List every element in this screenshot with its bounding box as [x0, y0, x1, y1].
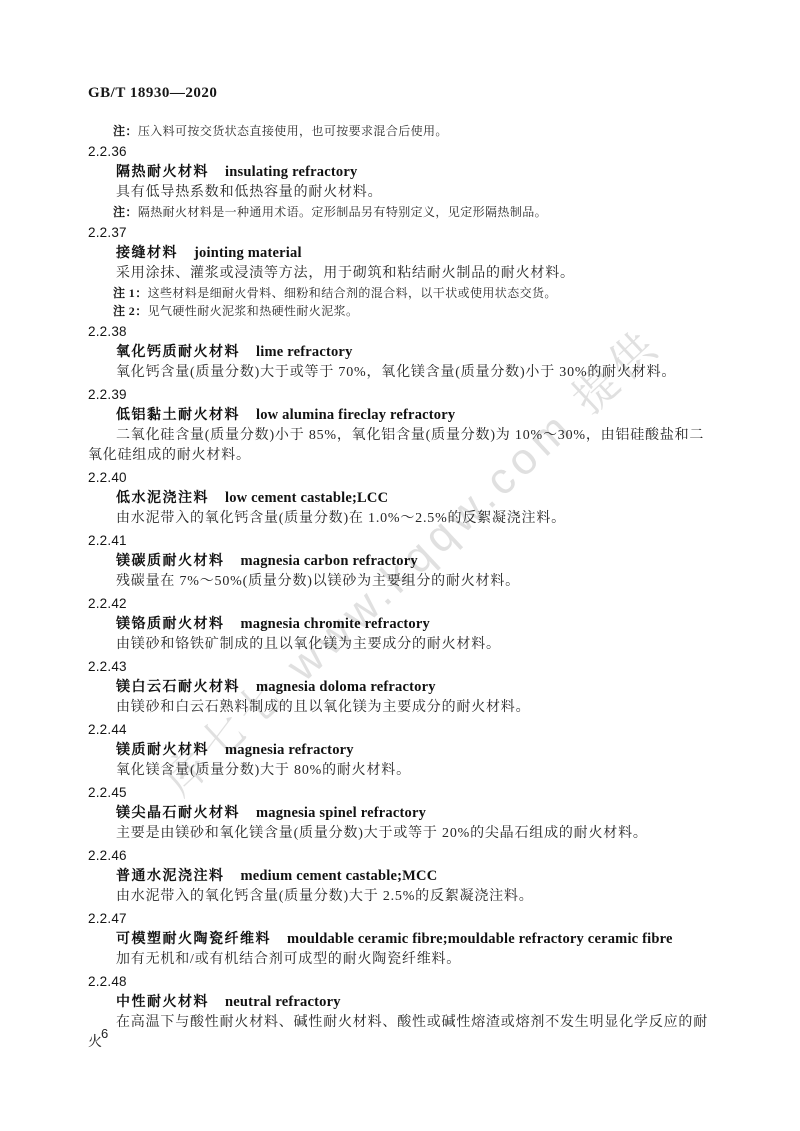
- note-label: 注：: [113, 124, 138, 138]
- term-line: 低水泥浇注料low cement castable;LCC: [88, 487, 714, 509]
- term-chinese: 镁质耐火材料: [116, 741, 209, 757]
- entry-note: 注 2：见气硬性耐火泥浆和热硬性耐火泥浆。: [88, 302, 714, 320]
- term-chinese: 镁尖晶石耐火材料: [116, 804, 240, 820]
- term-line: 可模塑耐火陶瓷纤维料mouldable ceramic fibre;moulda…: [88, 928, 714, 950]
- term-chinese: 接缝材料: [116, 244, 178, 260]
- entry-number: 2.2.45: [88, 783, 714, 802]
- term-entry: 2.2.39低铝黏土耐火材料low alumina fireclay refra…: [88, 385, 714, 466]
- definition-text: 氧化镁含量(质量分数)大于 80%的耐火材料。: [88, 761, 714, 781]
- term-chinese: 低铝黏土耐火材料: [116, 406, 240, 422]
- definition-text: 由镁砂和白云石熟料制成的且以氧化镁为主要成分的耐火材料。: [88, 698, 714, 718]
- definition-text: 采用涂抹、灌浆或浸渍等方法，用于砌筑和粘结耐火制品的耐火材料。: [88, 264, 714, 284]
- note-label: 注 2：: [113, 304, 148, 318]
- term-entry: 2.2.37接缝材料jointing material采用涂抹、灌浆或浸渍等方法…: [88, 223, 714, 320]
- note-text: 这些材料是细耐火骨料、细粉和结合剂的混合料，以干状或使用状态交货。: [148, 286, 557, 300]
- term-line: 接缝材料jointing material: [88, 242, 714, 264]
- term-line: 镁碳质耐火材料magnesia carbon refractory: [88, 550, 714, 572]
- term-english: magnesia chromite refractory: [241, 616, 430, 632]
- entry-number: 2.2.41: [88, 531, 714, 550]
- term-english: low cement castable;LCC: [225, 490, 388, 506]
- definition-text: 氧化钙含量(质量分数)大于或等于 70%，氧化镁含量(质量分数)小于 30%的耐…: [88, 363, 714, 383]
- term-chinese: 低水泥浇注料: [116, 489, 209, 505]
- term-entry: 2.2.45镁尖晶石耐火材料magnesia spinel refractory…: [88, 783, 714, 844]
- document-page: 库七七 www.kqqw.com 提供 GB/T 18930—2020 注：压入…: [0, 0, 800, 1131]
- entry-number: 2.2.39: [88, 385, 714, 404]
- term-entry: 2.2.40低水泥浇注料low cement castable;LCC由水泥带入…: [88, 468, 714, 529]
- entry-number: 2.2.46: [88, 846, 714, 865]
- definition-text: 残碳量在 7%～50%(质量分数)以镁砂为主要组分的耐火材料。: [88, 572, 714, 592]
- term-english: lime refractory: [256, 344, 353, 360]
- term-chinese: 普通水泥浇注料: [116, 867, 225, 883]
- term-english: magnesia spinel refractory: [256, 805, 426, 821]
- term-chinese: 中性耐火材料: [116, 993, 209, 1009]
- term-entry: 2.2.38氧化钙质耐火材料lime refractory氧化钙含量(质量分数)…: [88, 322, 714, 383]
- term-entry: 2.2.47可模塑耐火陶瓷纤维料mouldable ceramic fibre;…: [88, 909, 714, 970]
- entry-number: 2.2.44: [88, 720, 714, 739]
- term-line: 镁白云石耐火材料magnesia doloma refractory: [88, 676, 714, 698]
- term-chinese: 可模塑耐火陶瓷纤维料: [116, 930, 271, 946]
- term-line: 隔热耐火材料insulating refractory: [88, 161, 714, 183]
- term-english: magnesia carbon refractory: [241, 553, 418, 569]
- term-entry: 2.2.44镁质耐火材料magnesia refractory氧化镁含量(质量分…: [88, 720, 714, 781]
- term-entry: 2.2.36隔热耐火材料insulating refractory具有低导热系数…: [88, 142, 714, 221]
- term-line: 镁铬质耐火材料magnesia chromite refractory: [88, 613, 714, 635]
- term-entry: 2.2.41镁碳质耐火材料magnesia carbon refractory残…: [88, 531, 714, 592]
- entry-number: 2.2.43: [88, 657, 714, 676]
- entry-note: 注：隔热耐火材料是一种通用术语。定形制品另有特别定义，见定形隔热制品。: [88, 203, 714, 221]
- intro-note: 注：压入料可按交货状态直接使用，也可按要求混合后使用。: [88, 122, 714, 140]
- entry-number: 2.2.48: [88, 972, 714, 991]
- term-english: low alumina fireclay refractory: [256, 407, 455, 423]
- note-text: 见气硬性耐火泥浆和热硬性耐火泥浆。: [148, 304, 359, 318]
- term-english: neutral refractory: [225, 994, 341, 1010]
- term-entry: 2.2.43镁白云石耐火材料magnesia doloma refractory…: [88, 657, 714, 718]
- term-chinese: 氧化钙质耐火材料: [116, 343, 240, 359]
- entry-number: 2.2.42: [88, 594, 714, 613]
- definition-text: 二氧化硅含量(质量分数)小于 85%，氧化铝含量(质量分数)为 10%～30%，…: [88, 426, 714, 466]
- entry-number: 2.2.40: [88, 468, 714, 487]
- definition-text: 由水泥带入的氧化钙含量(质量分数)大于 2.5%的反絮凝浇注料。: [88, 887, 714, 907]
- entry-number: 2.2.47: [88, 909, 714, 928]
- entry-note: 注 1：这些材料是细耐火骨料、细粉和结合剂的混合料，以干状或使用状态交货。: [88, 284, 714, 302]
- term-english: insulating refractory: [225, 164, 357, 180]
- term-line: 镁尖晶石耐火材料magnesia spinel refractory: [88, 802, 714, 824]
- entry-number: 2.2.37: [88, 223, 714, 242]
- term-line: 中性耐火材料neutral refractory: [88, 991, 714, 1013]
- definition-text: 主要是由镁砂和氧化镁含量(质量分数)大于或等于 20%的尖晶石组成的耐火材料。: [88, 824, 714, 844]
- note-text: 隔热耐火材料是一种通用术语。定形制品另有特别定义，见定形隔热制品。: [138, 205, 547, 219]
- definition-text: 具有低导热系数和低热容量的耐火材料。: [88, 183, 714, 203]
- term-line: 氧化钙质耐火材料lime refractory: [88, 341, 714, 363]
- note-label: 注 1：: [113, 286, 148, 300]
- entry-number: 2.2.38: [88, 322, 714, 341]
- standard-number-header: GB/T 18930—2020: [88, 84, 714, 102]
- page-number: 6: [101, 1026, 108, 1041]
- term-entry: 2.2.42镁铬质耐火材料magnesia chromite refractor…: [88, 594, 714, 655]
- term-english: medium cement castable;MCC: [241, 868, 438, 884]
- term-english: magnesia refractory: [225, 742, 354, 758]
- term-english: mouldable ceramic fibre;mouldable refrac…: [287, 931, 673, 947]
- term-line: 镁质耐火材料magnesia refractory: [88, 739, 714, 761]
- definition-text: 由镁砂和铬铁矿制成的且以氧化镁为主要成分的耐火材料。: [88, 635, 714, 655]
- term-line: 低铝黏土耐火材料low alumina fireclay refractory: [88, 404, 714, 426]
- term-chinese: 镁白云石耐火材料: [116, 678, 240, 694]
- entries: 2.2.36隔热耐火材料insulating refractory具有低导热系数…: [88, 142, 714, 1053]
- page-content: GB/T 18930—2020 注：压入料可按交货状态直接使用，也可按要求混合后…: [88, 84, 714, 1053]
- note-text: 压入料可按交货状态直接使用，也可按要求混合后使用。: [138, 124, 448, 138]
- term-entry: 2.2.46普通水泥浇注料medium cement castable;MCC由…: [88, 846, 714, 907]
- definition-text: 加有无机和/或有机结合剂可成型的耐火陶瓷纤维料。: [88, 950, 714, 970]
- note-label: 注：: [113, 205, 138, 219]
- term-english: magnesia doloma refractory: [256, 679, 436, 695]
- term-chinese: 隔热耐火材料: [116, 163, 209, 179]
- definition-text: 由水泥带入的氧化钙含量(质量分数)在 1.0%～2.5%的反絮凝浇注料。: [88, 509, 714, 529]
- definition-text: 在高温下与酸性耐火材料、碱性耐火材料、酸性或碱性熔渣或熔剂不发生明显化学反应的耐…: [88, 1013, 714, 1053]
- term-line: 普通水泥浇注料medium cement castable;MCC: [88, 865, 714, 887]
- entry-number: 2.2.36: [88, 142, 714, 161]
- term-english: jointing material: [194, 245, 302, 261]
- term-entry: 2.2.48中性耐火材料neutral refractory在高温下与酸性耐火材…: [88, 972, 714, 1053]
- term-chinese: 镁碳质耐火材料: [116, 552, 225, 568]
- term-chinese: 镁铬质耐火材料: [116, 615, 225, 631]
